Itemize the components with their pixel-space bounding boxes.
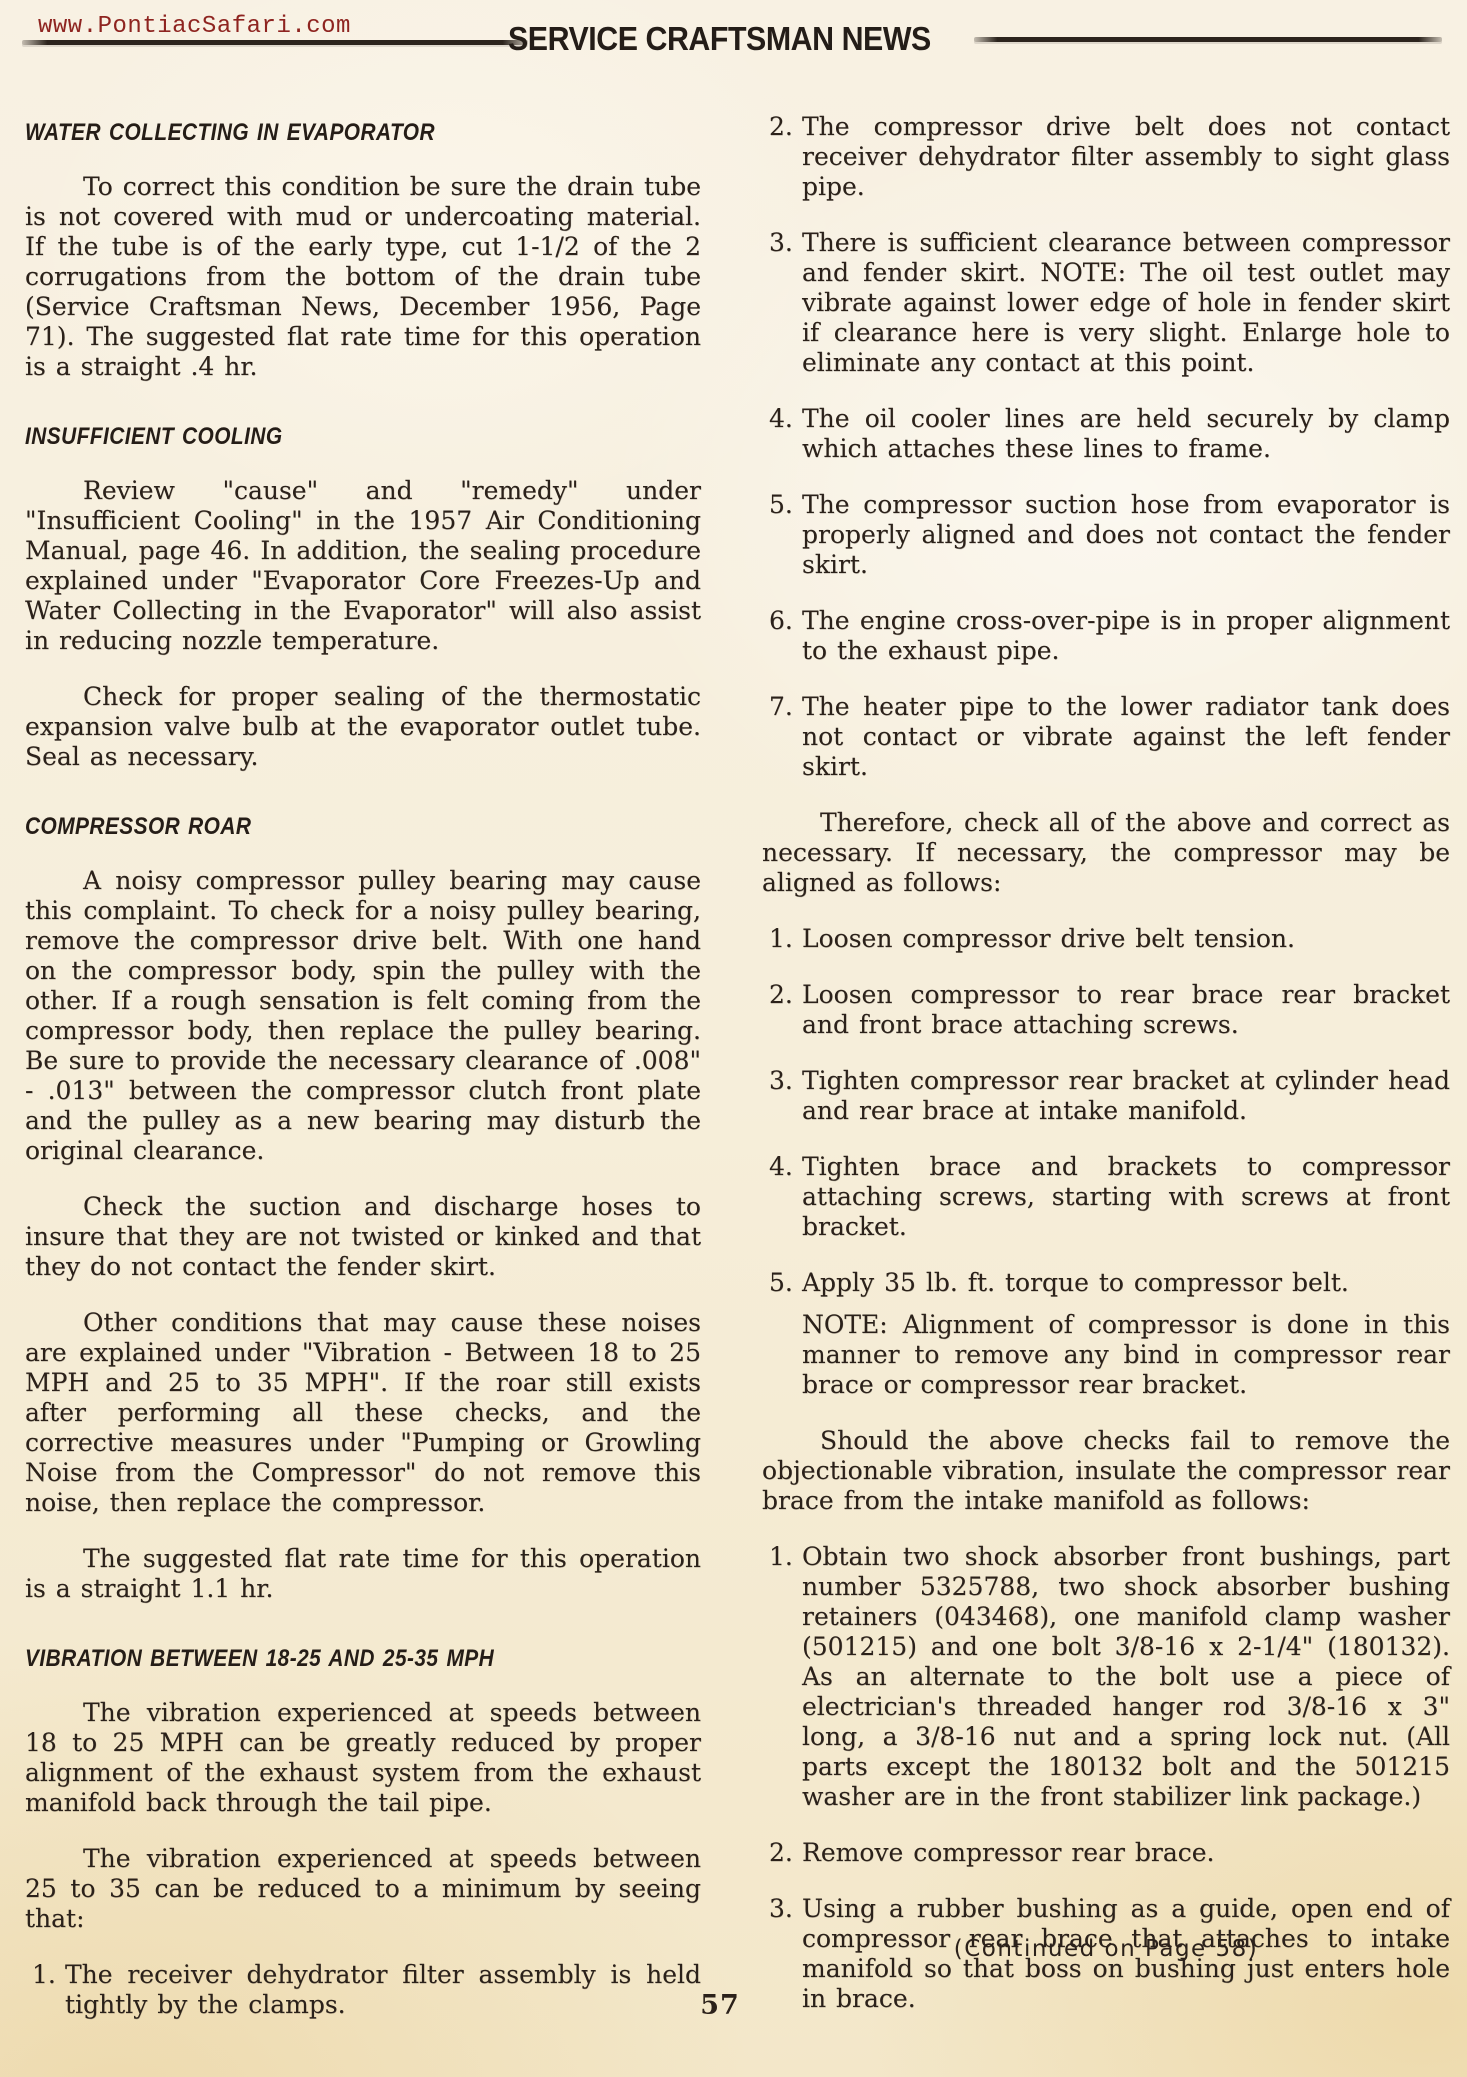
list-item-text: The receiver dehydrator filter assembly … xyxy=(65,1960,701,2019)
list-item: 1.Loosen compressor drive belt tension. xyxy=(762,924,1450,954)
list-item: 5.The compressor suction hose from evapo… xyxy=(762,490,1450,580)
list-item: 5.Apply 35 lb. ft. torque to compressor … xyxy=(762,1268,1450,1298)
list-item-text: The compressor drive belt does not conta… xyxy=(802,112,1450,201)
masthead-rule-left xyxy=(22,40,528,45)
list-item-number: 4. xyxy=(762,1152,802,1182)
list-item: 2.Loosen compressor to rear brace rear b… xyxy=(762,980,1450,1040)
list-item: 7.The heater pipe to the lower radiator … xyxy=(762,692,1450,782)
list-item: 2.Remove compressor rear brace. xyxy=(762,1838,1450,1868)
list-item: 3.There is sufficient clearance between … xyxy=(762,228,1450,378)
paragraph: Review "cause" and "remedy" under "Insuf… xyxy=(25,476,701,656)
scanned-page: www.PontiacSafari.com SERVICE CRAFTSMAN … xyxy=(0,0,1467,2077)
list-item: 1.The receiver dehydrator filter assembl… xyxy=(25,1960,701,2020)
list-item-text: Remove compressor rear brace. xyxy=(802,1838,1215,1867)
paragraph: Check for proper sealing of the thermost… xyxy=(25,682,701,772)
list-item-text: Loosen compressor drive belt tension. xyxy=(802,924,1295,953)
list-item-number: 6. xyxy=(762,606,802,636)
watermark-url: www.PontiacSafari.com xyxy=(38,13,351,40)
list-item-text: Obtain two shock absorber front bushings… xyxy=(802,1542,1450,1811)
list-item-text: There is sufficient clearance between co… xyxy=(802,228,1450,377)
list-item-number: 5. xyxy=(762,1268,802,1298)
list-item: 4.Tighten brace and brackets to compress… xyxy=(762,1152,1450,1242)
list-item: 2.The compressor drive belt does not con… xyxy=(762,112,1450,202)
paragraph: The vibration experienced at speeds betw… xyxy=(25,1698,701,1818)
paragraph: Should the above checks fail to remove t… xyxy=(762,1426,1450,1516)
continued-line: (Continued on Page 58) xyxy=(762,1936,1450,1962)
list-item: 6.The engine cross-over-pipe is in prope… xyxy=(762,606,1450,666)
note-paragraph: NOTE: Alignment of compressor is done in… xyxy=(762,1310,1450,1400)
list-item: 4.The oil cooler lines are held securely… xyxy=(762,404,1450,464)
masthead-title: SERVICE CRAFTSMAN NEWS xyxy=(508,20,931,58)
list-item-number: 3. xyxy=(762,1894,802,1924)
list-item-text: The heater pipe to the lower radiator ta… xyxy=(802,692,1450,781)
list-item-number: 7. xyxy=(762,692,802,722)
paragraph: A noisy compressor pulley bearing may ca… xyxy=(25,866,701,1166)
list-item-text: The oil cooler lines are held securely b… xyxy=(802,404,1450,463)
list-item-text: The compressor suction hose from evapora… xyxy=(802,490,1450,579)
list-item: 3.Tighten compressor rear bracket at cyl… xyxy=(762,1066,1450,1126)
paragraph: The vibration experienced at speeds betw… xyxy=(25,1844,701,1934)
section-heading: INSUFFICIENT COOLING xyxy=(25,422,613,452)
list-item-text: Loosen compressor to rear brace rear bra… xyxy=(802,980,1450,1039)
list-item-text: Tighten compressor rear bracket at cylin… xyxy=(802,1066,1450,1125)
masthead-rule-right xyxy=(974,37,1442,42)
section-heading: COMPRESSOR ROAR xyxy=(25,812,613,842)
paragraph: To correct this condition be sure the dr… xyxy=(25,172,701,382)
list-item-text: The engine cross-over-pipe is in proper … xyxy=(802,606,1450,665)
list-item-number: 2. xyxy=(762,112,802,142)
section-heading: VIBRATION BETWEEN 18-25 AND 25-35 MPH xyxy=(25,1644,613,1674)
list-item-number: 4. xyxy=(762,404,802,434)
right-column: 2.The compressor drive belt does not con… xyxy=(762,112,1450,2040)
list-item-number: 1. xyxy=(762,1542,802,1572)
list-item-text: Tighten brace and brackets to compressor… xyxy=(802,1152,1450,1241)
paragraph: Other conditions that may cause these no… xyxy=(25,1308,701,1518)
list-item-number: 3. xyxy=(762,228,802,258)
paragraph: The suggested flat rate time for this op… xyxy=(25,1544,701,1604)
list-item-text: Apply 35 lb. ft. torque to compressor be… xyxy=(802,1268,1349,1297)
paragraph: Check the suction and discharge hoses to… xyxy=(25,1192,701,1282)
left-column: WATER COLLECTING IN EVAPORATORTo correct… xyxy=(25,118,701,2046)
paragraph: Therefore, check all of the above and co… xyxy=(762,808,1450,898)
list-item-number: 2. xyxy=(762,1838,802,1868)
list-item-number: 2. xyxy=(762,980,802,1010)
list-item-number: 5. xyxy=(762,490,802,520)
list-item: 1.Obtain two shock absorber front bushin… xyxy=(762,1542,1450,1812)
list-item-number: 3. xyxy=(762,1066,802,1096)
list-item-number: 1. xyxy=(25,1960,65,1990)
section-heading: WATER COLLECTING IN EVAPORATOR xyxy=(25,118,613,148)
page-number: 57 xyxy=(696,1990,744,2021)
list-item-number: 1. xyxy=(762,924,802,954)
